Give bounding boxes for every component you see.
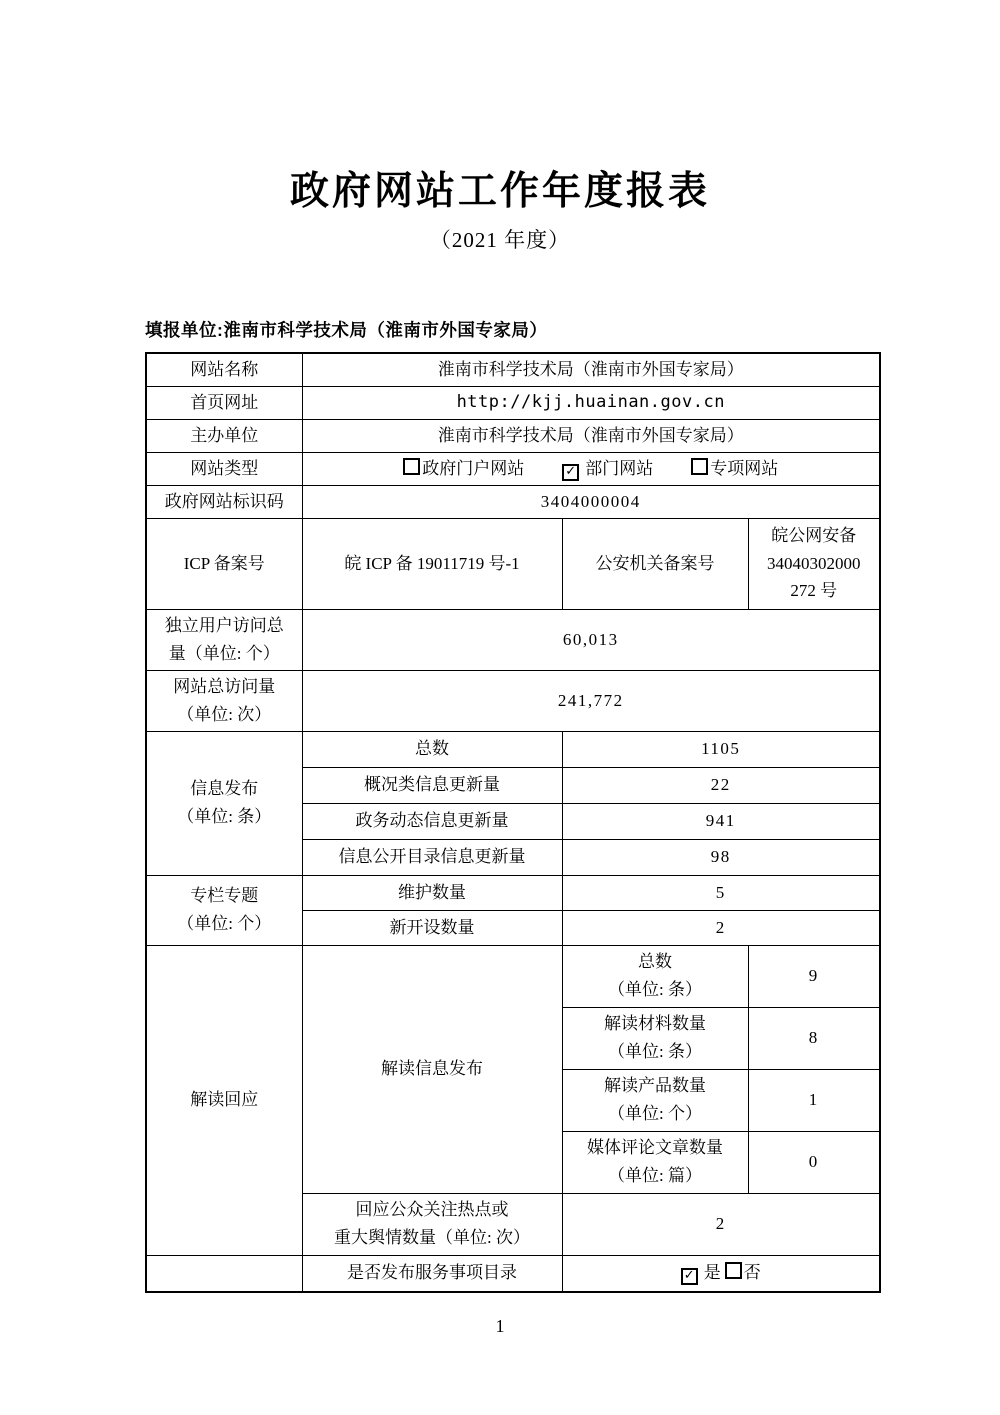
table-row: 独立用户访问总 量（单位: 个） 60,013 bbox=[146, 609, 880, 670]
total-visits-label: 网站总访问量 （单位: 次） bbox=[146, 670, 302, 731]
info-publish-item-label: 信息公开目录信息更新量 bbox=[302, 839, 562, 875]
total-visits-value: 241,772 bbox=[302, 670, 880, 731]
report-year: （2021 年度） bbox=[0, 224, 1000, 254]
interpretation-item-label: 解读材料数量 （单位: 条） bbox=[562, 1007, 748, 1069]
site-type-label: 网站类型 bbox=[146, 452, 302, 485]
option-label: 部门网站 bbox=[585, 459, 653, 478]
service-directory-label: 是否发布服务事项目录 bbox=[302, 1255, 562, 1292]
table-row: 政府网站标识码 3404000004 bbox=[146, 485, 880, 518]
special-columns-item-label: 维护数量 bbox=[302, 875, 562, 910]
reporting-unit: 填报单位:淮南市科学技术局（淮南市外国专家局） bbox=[145, 317, 547, 342]
table-row: 首页网址 http://kjj.huainan.gov.cn bbox=[146, 386, 880, 419]
site-id-value: 3404000004 bbox=[302, 485, 880, 518]
interpretation-item-label: 总数 （单位: 条） bbox=[562, 945, 748, 1007]
info-publish-item-label: 总数 bbox=[302, 731, 562, 767]
report-title: 政府网站工作年度报表 bbox=[0, 160, 1000, 216]
site-type-option-portal: 政府门户网站 bbox=[403, 459, 524, 478]
special-columns-item-label: 新开设数量 bbox=[302, 910, 562, 945]
empty-cell bbox=[146, 1255, 302, 1292]
unique-visitors-value: 60,013 bbox=[302, 609, 880, 670]
option-label: 政府门户网站 bbox=[422, 459, 524, 478]
police-record-value: 皖公网安备 34040302000 272 号 bbox=[748, 518, 880, 609]
table-row: 是否发布服务事项目录 是否 bbox=[146, 1255, 880, 1292]
hotspot-response-label: 回应公众关注热点或 重大舆情数量（单位: 次） bbox=[302, 1193, 562, 1255]
table-row: ICP 备案号 皖 ICP 备 19011719 号-1 公安机关备案号 皖公网… bbox=[146, 518, 880, 609]
table-row: 网站类型 政府门户网站部门网站专项网站 bbox=[146, 452, 880, 485]
checkbox-unchecked-icon bbox=[691, 458, 708, 475]
info-publish-item-value: 941 bbox=[562, 803, 880, 839]
table-row: 解读回应 解读信息发布 总数 （单位: 条） 9 bbox=[146, 945, 880, 1007]
checkbox-unchecked-icon bbox=[403, 458, 420, 475]
option-label: 否 bbox=[744, 1263, 761, 1282]
interpretation-item-value: 0 bbox=[748, 1131, 880, 1193]
organizer-value: 淮南市科学技术局（淮南市外国专家局） bbox=[302, 419, 880, 452]
table-row: 信息发布 （单位: 条） 总数 1105 bbox=[146, 731, 880, 767]
table-row: 网站总访问量 （单位: 次） 241,772 bbox=[146, 670, 880, 731]
interpretation-publish-label: 解读信息发布 bbox=[302, 945, 562, 1193]
info-publish-item-value: 22 bbox=[562, 767, 880, 803]
table-row: 专栏专题 （单位: 个） 维护数量 5 bbox=[146, 875, 880, 910]
table-row: 主办单位 淮南市科学技术局（淮南市外国专家局） bbox=[146, 419, 880, 452]
interpretation-item-value: 8 bbox=[748, 1007, 880, 1069]
interpretation-item-label: 媒体评论文章数量 （单位: 篇） bbox=[562, 1131, 748, 1193]
site-id-label: 政府网站标识码 bbox=[146, 485, 302, 518]
info-publish-item-label: 概况类信息更新量 bbox=[302, 767, 562, 803]
special-columns-item-value: 2 bbox=[562, 910, 880, 945]
organizer-label: 主办单位 bbox=[146, 419, 302, 452]
site-name-value: 淮南市科学技术局（淮南市外国专家局） bbox=[302, 353, 880, 386]
table-row: 网站名称 淮南市科学技术局（淮南市外国专家局） bbox=[146, 353, 880, 386]
annual-report-table: 网站名称 淮南市科学技术局（淮南市外国专家局） 首页网址 http://kjj.… bbox=[145, 352, 881, 1293]
site-type-option-department: 部门网站 bbox=[562, 459, 653, 478]
service-directory-options: 是否 bbox=[562, 1255, 880, 1292]
special-columns-label: 专栏专题 （单位: 个） bbox=[146, 875, 302, 945]
info-publish-item-value: 98 bbox=[562, 839, 880, 875]
option-label: 是 bbox=[704, 1263, 721, 1282]
service-directory-option-yes: 是 bbox=[681, 1263, 721, 1282]
service-directory-option-no: 否 bbox=[725, 1263, 761, 1282]
interpretation-item-value: 1 bbox=[748, 1069, 880, 1131]
info-publish-item-value: 1105 bbox=[562, 731, 880, 767]
special-columns-item-value: 5 bbox=[562, 875, 880, 910]
site-name-label: 网站名称 bbox=[146, 353, 302, 386]
interpretation-item-label: 解读产品数量 （单位: 个） bbox=[562, 1069, 748, 1131]
home-url-label: 首页网址 bbox=[146, 386, 302, 419]
unique-visitors-label: 独立用户访问总 量（单位: 个） bbox=[146, 609, 302, 670]
icp-label: ICP 备案号 bbox=[146, 518, 302, 609]
checkbox-checked-icon bbox=[562, 464, 579, 481]
site-type-option-special: 专项网站 bbox=[691, 459, 778, 478]
report-page: 政府网站工作年度报表 （2021 年度） 填报单位:淮南市科学技术局（淮南市外国… bbox=[0, 0, 1000, 1415]
site-type-options: 政府门户网站部门网站专项网站 bbox=[302, 452, 880, 485]
home-url-value: http://kjj.huainan.gov.cn bbox=[302, 386, 880, 419]
checkbox-checked-icon bbox=[681, 1268, 698, 1285]
info-publish-label: 信息发布 （单位: 条） bbox=[146, 731, 302, 875]
info-publish-item-label: 政务动态信息更新量 bbox=[302, 803, 562, 839]
interpretation-label: 解读回应 bbox=[146, 945, 302, 1255]
option-label: 专项网站 bbox=[710, 459, 778, 478]
hotspot-response-value: 2 bbox=[562, 1193, 880, 1255]
icp-value: 皖 ICP 备 19011719 号-1 bbox=[302, 518, 562, 609]
police-record-label: 公安机关备案号 bbox=[562, 518, 748, 609]
interpretation-item-value: 9 bbox=[748, 945, 880, 1007]
checkbox-unchecked-icon bbox=[725, 1262, 742, 1279]
page-number: 1 bbox=[0, 1316, 1000, 1337]
